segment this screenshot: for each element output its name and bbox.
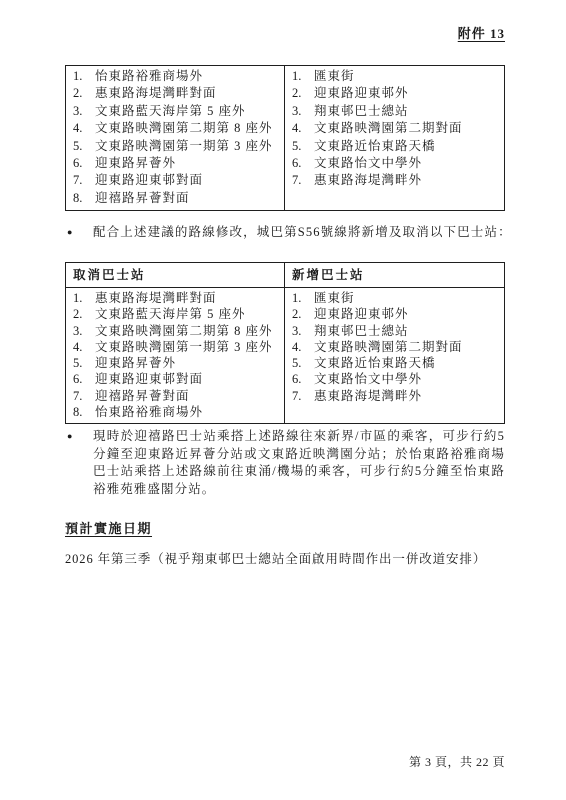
stop-list-item-text: 惠東路海堤灣畔對面 bbox=[95, 290, 219, 306]
implementation-date-text: 2026 年第三季（視乎翔東邨巴士總站全面啟用時間作出一併改道安排） bbox=[65, 551, 510, 569]
stop-list-item-number: 3. bbox=[292, 323, 314, 339]
stop-list-item-text: 惠東路海堤灣畔外 bbox=[314, 388, 424, 404]
stop-list-item: 3.翔東邨巴士總站 bbox=[285, 103, 504, 120]
stop-list-columns: 1.怡東路裕雅商場外2.惠東路海堤灣畔對面3.文東路藍天海岸第 5 座外4.文東… bbox=[66, 66, 504, 210]
stop-list-item-text: 文東路映灣園第一期第 3 座外 bbox=[95, 339, 275, 355]
walking-distance-bullet: ● 現時於迎禧路巴士站乘搭上述路線往來新界/市區的乘客，可步行約5分鐘至迎東路近… bbox=[65, 428, 505, 498]
stop-list-item-number: 1. bbox=[73, 290, 95, 306]
page-number-footer: 第 3 頁，共 22 頁 bbox=[65, 753, 505, 770]
implementation-date-heading: 預計實施日期 bbox=[65, 518, 152, 537]
stop-list-item: 2.文東路藍天海岸第 5 座外 bbox=[66, 306, 284, 322]
stop-list-item-number: 5. bbox=[292, 138, 314, 155]
stop-list-item-text: 迎禧路昇薈對面 bbox=[95, 190, 192, 207]
stop-list-item-number: 1. bbox=[73, 68, 95, 85]
stop-list-item-number: 6. bbox=[292, 371, 314, 387]
stop-list-item-text: 匯東街 bbox=[314, 68, 357, 85]
stop-list-item: 7.迎禧路昇薈對面 bbox=[66, 388, 284, 404]
stop-list-item-text: 迎東路昇薈外 bbox=[95, 355, 178, 371]
stop-list-item-number: 4. bbox=[292, 339, 314, 355]
cancelled-stops-column: 1.惠東路海堤灣畔對面2.文東路藍天海岸第 5 座外3.文東路映灣園第二期第 8… bbox=[66, 288, 285, 423]
stop-list-right-column: 1.匯東街2.迎東路迎東邨外3.翔東邨巴士總站4.文東路映灣園第二期對面5.文東… bbox=[285, 66, 504, 210]
stop-list-item-text: 匯東街 bbox=[314, 290, 357, 306]
stop-list-item: 1.匯東街 bbox=[285, 290, 504, 306]
stop-list-item: 5.文東路近怡東路天橋 bbox=[285, 355, 504, 371]
stop-list-item: 1.怡東路裕雅商場外 bbox=[66, 68, 284, 85]
stop-list-item: 2.迎東路迎東邨外 bbox=[285, 306, 504, 322]
cancel-add-table-header-row: 取消巴士站 新增巴士站 bbox=[66, 263, 504, 288]
continued-stop-list-table: 1.怡東路裕雅商場外2.惠東路海堤灣畔對面3.文東路藍天海岸第 5 座外4.文東… bbox=[65, 65, 505, 211]
stop-list-item-number: 2. bbox=[73, 306, 95, 322]
stop-list-item-number: 7. bbox=[292, 172, 314, 189]
stop-list-item-text: 文東路映灣園第二期對面 bbox=[314, 339, 465, 355]
stop-list-item-text: 文東路近怡東路天橋 bbox=[314, 138, 438, 155]
stop-list-item: 2.迎東路迎東邨外 bbox=[285, 85, 504, 102]
stop-list-item-number: 6. bbox=[73, 155, 95, 172]
bullet-icon: ● bbox=[65, 224, 93, 242]
stop-list-item-number: 3. bbox=[292, 103, 314, 120]
stop-list-item-number: 2. bbox=[292, 306, 314, 322]
annex-label-text: 附件 13 bbox=[458, 26, 505, 41]
stop-list-item: 7.惠東路海堤灣畔外 bbox=[285, 388, 504, 404]
stop-list-item-text: 迎東路迎東邨外 bbox=[314, 85, 411, 102]
stop-list-item-number: 2. bbox=[292, 85, 314, 102]
stop-list-item-text: 迎東路迎東邨外 bbox=[314, 306, 411, 322]
stop-list-item: 4.文東路映灣園第二期第 8 座外 bbox=[66, 120, 284, 137]
stop-list-item-number: 1. bbox=[292, 290, 314, 306]
stop-list-item: 8.怡東路裕雅商場外 bbox=[66, 404, 284, 420]
stop-list-item-text: 文東路映灣園第二期對面 bbox=[314, 120, 465, 137]
stop-list-item-number: 1. bbox=[292, 68, 314, 85]
stop-list-item-text: 文東路映灣園第一期第 3 座外 bbox=[95, 138, 275, 155]
stop-list-item-text: 怡東路裕雅商場外 bbox=[95, 68, 205, 85]
stop-list-item-text: 文東路近怡東路天橋 bbox=[314, 355, 438, 371]
stop-list-item-number: 6. bbox=[73, 371, 95, 387]
stop-list-item-number: 5. bbox=[73, 355, 95, 371]
stop-list-item: 2.惠東路海堤灣畔對面 bbox=[66, 85, 284, 102]
stop-list-item-text: 惠東路海堤灣畔對面 bbox=[95, 85, 219, 102]
stop-list-item-text: 迎東路昇薈外 bbox=[95, 155, 178, 172]
stop-list-item: 5.文東路映灣園第一期第 3 座外 bbox=[66, 138, 284, 155]
stop-list-item-number: 4. bbox=[292, 120, 314, 137]
stop-list-item-number: 2. bbox=[73, 85, 95, 102]
stop-list-item-number: 7. bbox=[73, 388, 95, 404]
stop-list-item-text: 文東路怡文中學外 bbox=[314, 371, 424, 387]
bullet-icon: ● bbox=[65, 428, 93, 498]
stop-list-item-number: 8. bbox=[73, 404, 95, 420]
stop-list-item-text: 文東路怡文中學外 bbox=[314, 155, 424, 172]
stop-list-item-number: 6. bbox=[292, 155, 314, 172]
stop-list-item-number: 8. bbox=[73, 190, 95, 207]
stop-list-item: 4.文東路映灣園第一期第 3 座外 bbox=[66, 339, 284, 355]
stop-list-item: 3.文東路藍天海岸第 5 座外 bbox=[66, 103, 284, 120]
stop-list-item: 7.惠東路海堤灣畔外 bbox=[285, 172, 504, 189]
stop-list-item-text: 文東路藍天海岸第 5 座外 bbox=[95, 103, 248, 120]
cancelled-stops-header: 取消巴士站 bbox=[66, 263, 285, 287]
stop-list-item-number: 7. bbox=[73, 172, 95, 189]
stop-list-item-text: 翔東邨巴士總站 bbox=[314, 103, 411, 120]
stop-list-item-text: 惠東路海堤灣畔外 bbox=[314, 172, 424, 189]
stop-list-item-number: 4. bbox=[73, 339, 95, 355]
stop-list-item-text: 文東路映灣園第二期第 8 座外 bbox=[95, 120, 275, 137]
stop-list-item: 1.惠東路海堤灣畔對面 bbox=[66, 290, 284, 306]
document-page: 附件 13 1.怡東路裕雅商場外2.惠東路海堤灣畔對面3.文東路藍天海岸第 5 … bbox=[0, 0, 566, 800]
cancel-add-columns: 1.惠東路海堤灣畔對面2.文東路藍天海岸第 5 座外3.文東路映灣園第二期第 8… bbox=[66, 288, 504, 423]
stop-list-item-text: 迎東路迎東邨對面 bbox=[95, 172, 205, 189]
stop-list-item-text: 翔東邨巴士總站 bbox=[314, 323, 411, 339]
stop-list-item: 7.迎東路迎東邨對面 bbox=[66, 172, 284, 189]
stop-list-item: 4.文東路映灣園第二期對面 bbox=[285, 339, 504, 355]
stop-list-item-text: 文東路藍天海岸第 5 座外 bbox=[95, 306, 248, 322]
walking-distance-bullet-text: 現時於迎禧路巴士站乘搭上述路線往來新界/市區的乘客，可步行約5分鐘至迎東路近昇薈… bbox=[93, 428, 505, 498]
annex-label: 附件 13 bbox=[65, 23, 505, 42]
stop-list-item: 8.迎禧路昇薈對面 bbox=[66, 190, 284, 207]
stop-list-item-number: 5. bbox=[73, 138, 95, 155]
route-change-bullet: ● 配合上述建議的路線修改，城巴第S56號線將新增及取消以下巴士站： bbox=[65, 224, 505, 242]
stop-list-item: 6.文東路怡文中學外 bbox=[285, 371, 504, 387]
stop-list-item: 1.匯東街 bbox=[285, 68, 504, 85]
stop-list-left-column: 1.怡東路裕雅商場外2.惠東路海堤灣畔對面3.文東路藍天海岸第 5 座外4.文東… bbox=[66, 66, 285, 210]
stop-list-item: 6.迎東路昇薈外 bbox=[66, 155, 284, 172]
stop-list-item-number: 7. bbox=[292, 388, 314, 404]
stop-list-item: 5.迎東路昇薈外 bbox=[66, 355, 284, 371]
stop-list-item-text: 迎東路迎東邨對面 bbox=[95, 371, 205, 387]
stop-list-item-number: 4. bbox=[73, 120, 95, 137]
stop-list-item-number: 3. bbox=[73, 323, 95, 339]
stop-list-item-number: 3. bbox=[73, 103, 95, 120]
stop-list-item: 3.翔東邨巴士總站 bbox=[285, 323, 504, 339]
stop-list-item-text: 迎禧路昇薈對面 bbox=[95, 388, 192, 404]
stop-list-item: 6.文東路怡文中學外 bbox=[285, 155, 504, 172]
stop-list-item: 4.文東路映灣園第二期對面 bbox=[285, 120, 504, 137]
new-stops-header: 新增巴士站 bbox=[285, 263, 504, 287]
stop-list-item: 6.迎東路迎東邨對面 bbox=[66, 371, 284, 387]
stop-list-item: 3.文東路映灣園第二期第 8 座外 bbox=[66, 323, 284, 339]
cancel-add-stops-table: 取消巴士站 新增巴士站 1.惠東路海堤灣畔對面2.文東路藍天海岸第 5 座外3.… bbox=[65, 262, 505, 424]
stop-list-item-number: 5. bbox=[292, 355, 314, 371]
stop-list-item-text: 怡東路裕雅商場外 bbox=[95, 404, 205, 420]
route-change-bullet-text: 配合上述建議的路線修改，城巴第S56號線將新增及取消以下巴士站： bbox=[93, 224, 512, 242]
stop-list-item-text: 文東路映灣園第二期第 8 座外 bbox=[95, 323, 275, 339]
new-stops-column: 1.匯東街2.迎東路迎東邨外3.翔東邨巴士總站4.文東路映灣園第二期對面5.文東… bbox=[285, 288, 504, 423]
stop-list-item: 5.文東路近怡東路天橋 bbox=[285, 138, 504, 155]
